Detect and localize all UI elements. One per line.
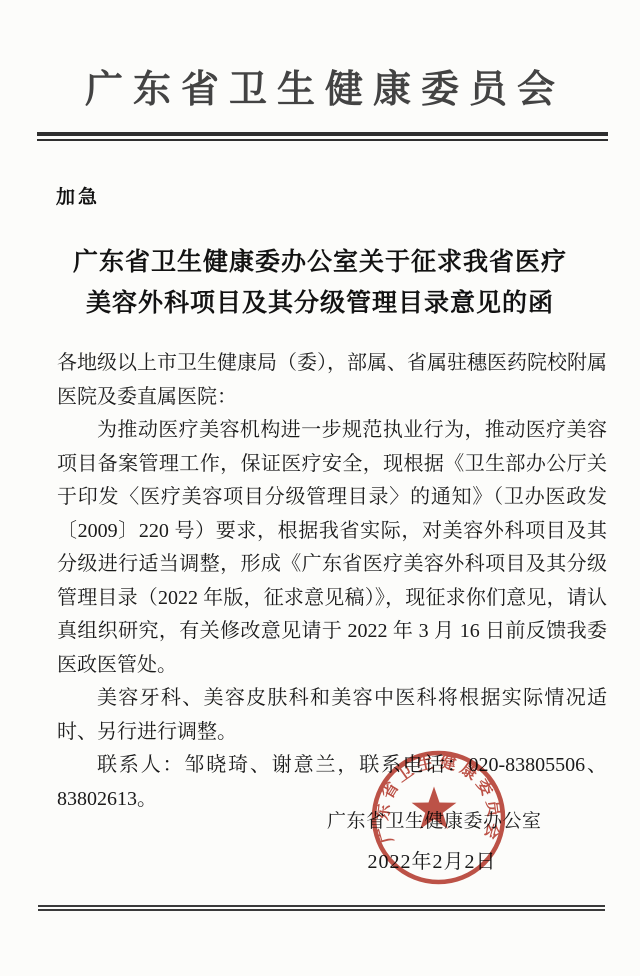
seal-star-icon <box>412 787 457 830</box>
seal-ring-text-holder: 广东省卫生健康委员会 <box>372 751 505 846</box>
document-page: 广东省卫生健康委员会 加急 广东省卫生健康委办公室关于征求我省医疗 美容外科项目… <box>0 0 640 976</box>
letter-body: 各地级以上市卫生健康局（委），部属、省属驻穗医药院校附属医院及委直属医院： 为推… <box>57 347 607 816</box>
official-red-seal: 广东省卫生健康委员会 <box>369 748 508 887</box>
urgency-label: 加急 <box>56 182 100 209</box>
document-title-line1: 广东省卫生健康委办公室关于征求我省医疗 <box>30 242 610 283</box>
body-paragraph: 美容牙科、美容皮肤科和美容中医科将根据实际情况适时、另行进行调整。 <box>57 682 607 749</box>
document-title-line2: 美容外科项目及其分级管理目录意见的函 <box>30 283 610 324</box>
footer-divider-rule <box>38 905 605 911</box>
seal-ring-text: 广东省卫生健康委员会 <box>372 751 505 846</box>
body-paragraph: 为推动医疗美容机构进一步规范执业行为，推动医疗美容项目备案管理工作，保证医疗安全… <box>57 414 607 682</box>
letterhead-divider-rule <box>37 132 608 141</box>
agency-letterhead-title: 广东省卫生健康委员会 <box>0 58 640 113</box>
document-title: 广东省卫生健康委办公室关于征求我省医疗 美容外科项目及其分级管理目录意见的函 <box>30 242 610 324</box>
salutation-line: 各地级以上市卫生健康局（委），部属、省属驻穗医药院校附属医院及委直属医院： <box>57 347 607 414</box>
